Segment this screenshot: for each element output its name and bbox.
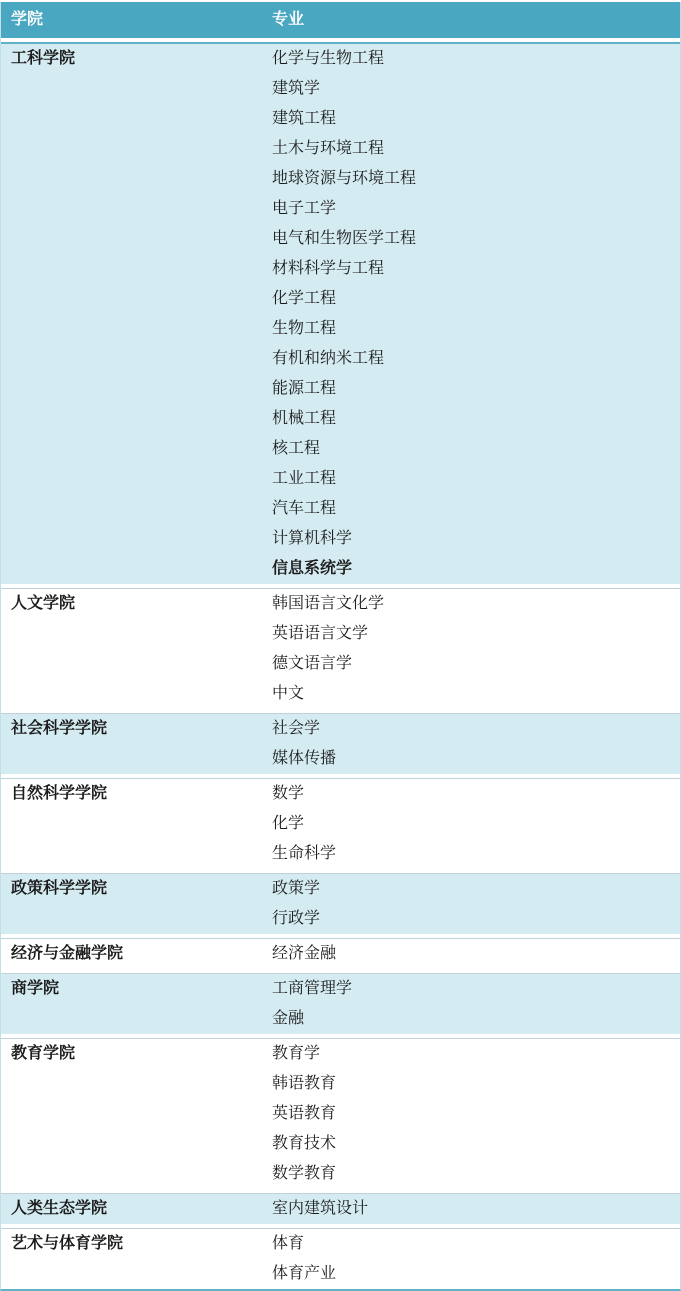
major-item: 数学: [272, 779, 680, 809]
college-name: 经济与金融学院: [1, 939, 262, 969]
major-item: 数学教育: [272, 1159, 680, 1189]
major-item: 土木与环境工程: [272, 134, 680, 164]
major-item: 体育产业: [272, 1259, 680, 1289]
major-item: 工业工程: [272, 464, 680, 494]
college-name: 政策科学学院: [1, 874, 262, 934]
major-item: 建筑工程: [272, 104, 680, 134]
majors-list: 室内建筑设计: [262, 1194, 680, 1224]
major-item: 社会学: [272, 714, 680, 744]
major-item: 教育技术: [272, 1129, 680, 1159]
major-item: 经济金融: [272, 939, 680, 969]
major-item: 媒体传播: [272, 744, 680, 774]
college-name: 人文学院: [1, 589, 262, 709]
major-item: 英语语言文学: [272, 619, 680, 649]
major-item: 金融: [272, 1004, 680, 1034]
majors-list: 工商管理学金融: [262, 974, 680, 1034]
college-name: 商学院: [1, 974, 262, 1034]
major-item: 材料科学与工程: [272, 254, 680, 284]
table-body: 工科学院化学与生物工程建筑学建筑工程土木与环境工程地球资源与环境工程电子工学电气…: [1, 44, 680, 1289]
college-name: 自然科学学院: [1, 779, 262, 869]
major-item: 电子工学: [272, 194, 680, 224]
table-header-row: 学院 专业: [1, 2, 680, 38]
major-item: 教育学: [272, 1039, 680, 1069]
college-group: 社会科学学院社会学媒体传播: [1, 714, 680, 774]
major-item: 生物工程: [272, 314, 680, 344]
major-item: 政策学: [272, 874, 680, 904]
major-item: 体育: [272, 1229, 680, 1259]
major-item: 信息系统学: [272, 554, 680, 584]
college-group: 自然科学学院数学化学生命科学: [1, 779, 680, 869]
majors-list: 教育学韩语教育英语教育教育技术数学教育: [262, 1039, 680, 1189]
major-item: 韩语教育: [272, 1069, 680, 1099]
major-item: 生命科学: [272, 839, 680, 869]
major-item: 行政学: [272, 904, 680, 934]
college-name: 社会科学学院: [1, 714, 262, 774]
college-major-table: 学院 专业 工科学院化学与生物工程建筑学建筑工程土木与环境工程地球资源与环境工程…: [0, 2, 681, 1291]
major-item: 地球资源与环境工程: [272, 164, 680, 194]
major-item: 化学工程: [272, 284, 680, 314]
majors-list: 经济金融: [262, 939, 680, 969]
major-item: 中文: [272, 679, 680, 709]
major-item: 化学与生物工程: [272, 44, 680, 74]
majors-list: 韩国语言文化学英语语言文学德文语言学中文: [262, 589, 680, 709]
college-name: 艺术与体育学院: [1, 1229, 262, 1289]
header-cell-college: 学院: [1, 2, 262, 38]
majors-list: 数学化学生命科学: [262, 779, 680, 869]
majors-list: 化学与生物工程建筑学建筑工程土木与环境工程地球资源与环境工程电子工学电气和生物医…: [262, 44, 680, 584]
majors-list: 社会学媒体传播: [262, 714, 680, 774]
major-item: 计算机科学: [272, 524, 680, 554]
header-cell-major: 专业: [262, 2, 680, 38]
major-item: 有机和纳米工程: [272, 344, 680, 374]
major-item: 工商管理学: [272, 974, 680, 1004]
major-item: 建筑学: [272, 74, 680, 104]
major-item: 电气和生物医学工程: [272, 224, 680, 254]
college-name: 工科学院: [1, 44, 262, 584]
major-item: 韩国语言文化学: [272, 589, 680, 619]
college-group: 经济与金融学院经济金融: [1, 939, 680, 969]
major-item: 德文语言学: [272, 649, 680, 679]
college-group: 商学院工商管理学金融: [1, 974, 680, 1034]
major-item: 能源工程: [272, 374, 680, 404]
college-name: 人类生态学院: [1, 1194, 262, 1224]
college-group: 工科学院化学与生物工程建筑学建筑工程土木与环境工程地球资源与环境工程电子工学电气…: [1, 44, 680, 584]
majors-list: 政策学行政学: [262, 874, 680, 934]
college-group: 人类生态学院室内建筑设计: [1, 1194, 680, 1224]
major-item: 机械工程: [272, 404, 680, 434]
majors-list: 体育体育产业: [262, 1229, 680, 1289]
major-item: 室内建筑设计: [272, 1194, 680, 1224]
college-group: 人文学院韩国语言文化学英语语言文学德文语言学中文: [1, 589, 680, 709]
major-item: 汽车工程: [272, 494, 680, 524]
major-item: 英语教育: [272, 1099, 680, 1129]
college-group: 政策科学学院政策学行政学: [1, 874, 680, 934]
college-group: 艺术与体育学院体育体育产业: [1, 1229, 680, 1289]
major-item: 化学: [272, 809, 680, 839]
college-name: 教育学院: [1, 1039, 262, 1189]
major-item: 核工程: [272, 434, 680, 464]
college-group: 教育学院教育学韩语教育英语教育教育技术数学教育: [1, 1039, 680, 1189]
